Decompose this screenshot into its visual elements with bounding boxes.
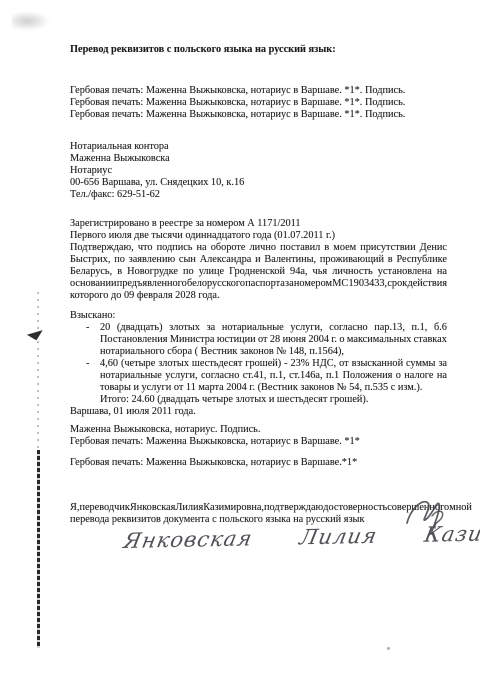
confirmation-line: Быстрих,позаявлениюсынАлександраиВаленти… <box>70 254 447 266</box>
seal-line: Гербовая печать: Маженна Выжыковска, нот… <box>70 85 447 97</box>
fee-line: нотариального сбора ( Вестник законов № … <box>100 346 447 358</box>
fee-line: товары и услуги от 11 марта 2004 г. (Вес… <box>100 382 447 394</box>
scan-edge-mark <box>26 328 42 341</box>
scan-edge-line-faint <box>37 292 39 450</box>
seal-line-final: Гербовая печать: Маженна Выжыковска, нот… <box>70 457 447 469</box>
seal-line: Гербовая печать: Маженна Выжыковска, нот… <box>70 109 447 121</box>
fee-line: нотариальныеуслуги,согласност.41,п.1,ст.… <box>100 370 447 382</box>
office-line: 00-656 Варшава, ул. Снядецких 10, к.16 <box>70 177 447 189</box>
fee-line: 4,60(четырезлотыхшестьдесятгрошей)-23%НД… <box>100 358 447 370</box>
fee-line: 20(двадцать)злотыхзанотариальныеуслуги,с… <box>100 322 447 334</box>
scan-edge-line-dark <box>37 450 40 648</box>
confirmation-line: основаниипредъявленногобелорусскогопаспо… <box>70 278 447 290</box>
seal-lines-block: Гербовая печать: Маженна Выжыковска, нот… <box>70 85 447 121</box>
fee-item: - 4,60(четырезлотыхшестьдесятгрошей)-23%… <box>70 358 447 394</box>
office-line: Нотариус <box>70 165 447 177</box>
scan-speck <box>387 647 390 650</box>
translator-initials-signature-icon <box>401 494 449 538</box>
confirmation-line: Подтверждаю,чтоподписьнаоборотеличнопост… <box>70 242 447 254</box>
fee-item: - 20(двадцать)злотыхзанотариальныеуслуги… <box>70 322 447 358</box>
office-line: Нотариальная контора <box>70 141 447 153</box>
document-title: Перевод реквизитов с польского языка на … <box>70 44 447 56</box>
seal-line: Гербовая печать: Маженна Выжыковска, нот… <box>70 97 447 109</box>
fee-line: ПостановленияМинистраюстицииот28июня2004… <box>100 334 447 346</box>
place-date-line: Варшава, 01 июля 2011 года. <box>70 406 447 418</box>
translator-statement-line: Я,переводчикЯнковскаяЛилияКазимировна,по… <box>70 502 447 514</box>
registration-line: Первого июля две тысячи одиннадцатого го… <box>70 230 447 242</box>
office-line: Маженна Выжыковска <box>70 153 447 165</box>
seal-line-mid: Гербовая печать: Маженна Выжыковска, нот… <box>70 436 447 448</box>
fees-total: Итого: 24.60 (двадцать четыре злотых и ш… <box>70 394 447 406</box>
office-line: Тел./факс: 629-51-62 <box>70 189 447 201</box>
fees-heading: Взыскано: <box>70 310 447 322</box>
registration-block: Зарегистрировано в реестре за номером А … <box>70 218 447 242</box>
translator-statement: Я,переводчикЯнковскаяЛилияКазимировна,по… <box>70 502 447 526</box>
confirmation-paragraph: Подтверждаю,чтоподписьнаоборотеличнопост… <box>70 242 447 302</box>
fee-item-marker: - <box>86 322 96 334</box>
document-page: Перевод реквизитов с польского языка на … <box>0 0 480 681</box>
handwritten-signature-row: Янковская Лилия Казимировна <box>70 529 447 571</box>
registration-line: Зарегистрировано в реестре за номером А … <box>70 218 447 230</box>
confirmation-line: Беларусь,вНовогрудкепоулицеГродненской94… <box>70 266 447 278</box>
notary-signature-line: Маженна Выжыковска, нотариус. Подпись. <box>70 424 447 436</box>
notary-signature-block: Маженна Выжыковска, нотариус. Подпись. Г… <box>70 424 447 448</box>
notary-office-block: Нотариальная контора Маженна Выжыковска … <box>70 141 447 201</box>
scan-smudge <box>12 11 50 31</box>
document-content: Перевод реквизитов с польского языка на … <box>70 44 447 571</box>
fee-item-marker: - <box>86 358 96 370</box>
confirmation-line: которого до 09 февраля 2028 года. <box>70 290 447 302</box>
